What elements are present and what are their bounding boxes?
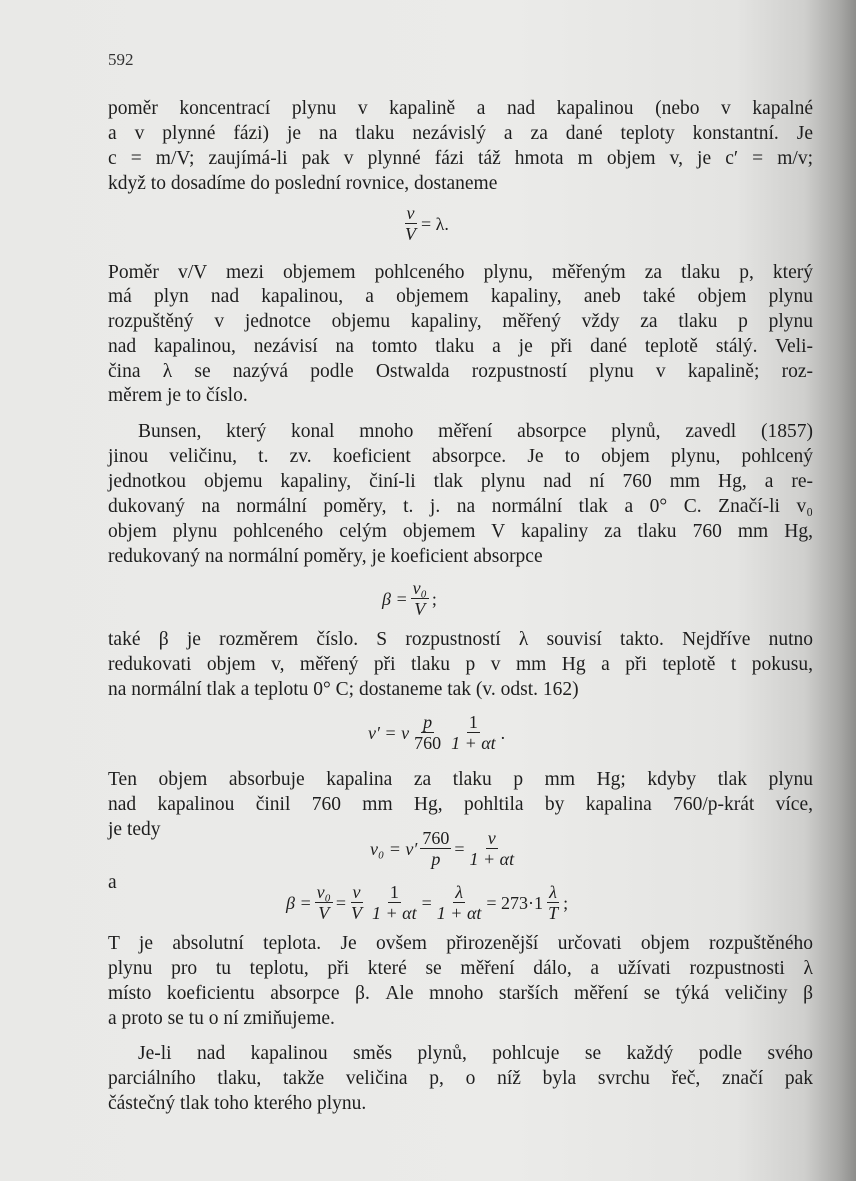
eq-lhs: v′ = v (368, 723, 409, 743)
eq-numerator: v₀ (315, 882, 333, 903)
eq-denominator: 1 + αt (449, 733, 498, 753)
text-line: parciálního tlaku, takže veličina p, o n… (108, 1067, 813, 1091)
text-line: částečný tlak toho kterého plynu. (108, 1092, 813, 1116)
eq-sign: = (454, 839, 464, 859)
eq-denominator: 1 + αt (435, 903, 484, 923)
eq-denominator: V (403, 224, 418, 244)
eq-denominator: p (429, 849, 442, 869)
eq-numerator: v (351, 882, 363, 903)
eq-sign: = (336, 893, 346, 913)
text-line: a proto se tu o ní zmiňujeme. (108, 1007, 813, 1031)
text-line: Bunsen, který konal mnoho měření absorpc… (138, 420, 813, 444)
text-line: také β je rozměrem číslo. S rozpustností… (108, 628, 813, 652)
equation-v0: v₀ = v′ 760p = v1 + αt (370, 828, 519, 869)
eq-lhs: v₀ = v′ (370, 839, 417, 859)
text-and: a (108, 872, 117, 894)
eq-denominator: V (412, 599, 427, 619)
text-line: jinou veličinu, t. zv. koeficient absorp… (108, 445, 813, 469)
equation-beta-full: β = v₀V = vV 11 + αt = λ1 + αt = 273·1 λ… (286, 882, 568, 923)
equation-v-prime: v′ = v p760 11 + αt . (368, 712, 505, 753)
eq-sign: = (422, 893, 432, 913)
text-line: poměr koncentrací plynu v kapalině a nad… (108, 97, 813, 121)
text-line: redukovati objem v, měřený při tlaku p v… (108, 653, 813, 677)
text-line: místo koeficientu absorpce β. Ale mnoho … (108, 982, 813, 1006)
text-line: když to dosadíme do poslední rovnice, do… (108, 172, 813, 196)
text-line: T je absolutní teplota. Je ovšem přiroze… (108, 932, 813, 956)
eq-numerator: p (421, 712, 434, 733)
text-line: nad kapalinou, nezávisí na tomto tlaku a… (108, 335, 813, 359)
eq-denominator: V (316, 903, 331, 923)
text-line: redukovaný na normální poměry, je koefic… (108, 545, 813, 569)
text-line: plynu pro tu teplotu, při které se měřen… (108, 957, 813, 981)
eq-numerator: v (405, 203, 417, 224)
eq-end: . (501, 723, 506, 743)
equation-beta: β = v₀V ; (382, 578, 437, 619)
eq-lhs: β = (286, 893, 312, 913)
eq-numerator: λ (547, 882, 559, 903)
eq-end: ; (563, 893, 568, 913)
eq-end: ; (432, 589, 437, 609)
text-line: a v plynné fázi) je na tlaku nezávislý a… (108, 122, 813, 146)
eq-denominator: 1 + αt (370, 903, 419, 923)
eq-numerator: 1 (467, 712, 480, 733)
text-line: Poměr v/V mezi objemem pohlceného plynu,… (108, 261, 813, 285)
text-line: Je-li nad kapalinou směs plynů, pohlcuje… (138, 1042, 813, 1066)
eq-numerator: λ (453, 882, 465, 903)
text-line: má plyn nad kapalinou, a objemem kapalin… (108, 285, 813, 309)
eq-numerator: v₀ (411, 578, 429, 599)
eq-lhs: β = (382, 589, 408, 609)
eq-denominator: 760 (412, 733, 443, 753)
eq-rhs: = λ. (421, 214, 449, 234)
eq-constant: = 273·1 (486, 893, 543, 913)
text-line: jednotkou objemu kapaliny, činí-li tlak … (108, 470, 813, 494)
text-line: Ten objem absorbuje kapalina za tlaku p … (108, 768, 813, 792)
eq-denominator: 1 + αt (467, 849, 516, 869)
equation-v-over-V: vV = λ. (400, 203, 449, 244)
text-line: objem plynu pohlceného celým objemem V k… (108, 520, 813, 544)
text-line: dukovaný na normální poměry, t. j. na no… (108, 495, 813, 519)
text-line: čina λ se nazývá podle Ostwalda rozpustn… (108, 360, 813, 384)
text-line: měrem je to číslo. (108, 384, 813, 408)
text-line: c = m/V; zaujímá-li pak v plynné fázi tá… (108, 147, 813, 171)
text-line: nad kapalinou činil 760 mm Hg, pohltila … (108, 793, 813, 817)
text-line: rozpuštěný v jednotce objemu kapaliny, m… (108, 310, 813, 334)
page-number: 592 (108, 50, 134, 70)
eq-numerator: 760 (420, 828, 451, 849)
text-line: na normální tlak a teplotu 0° C; dostane… (108, 678, 813, 702)
eq-denominator: T (546, 903, 560, 923)
eq-numerator: v (486, 828, 498, 849)
eq-denominator: V (349, 903, 364, 923)
eq-numerator: 1 (388, 882, 401, 903)
